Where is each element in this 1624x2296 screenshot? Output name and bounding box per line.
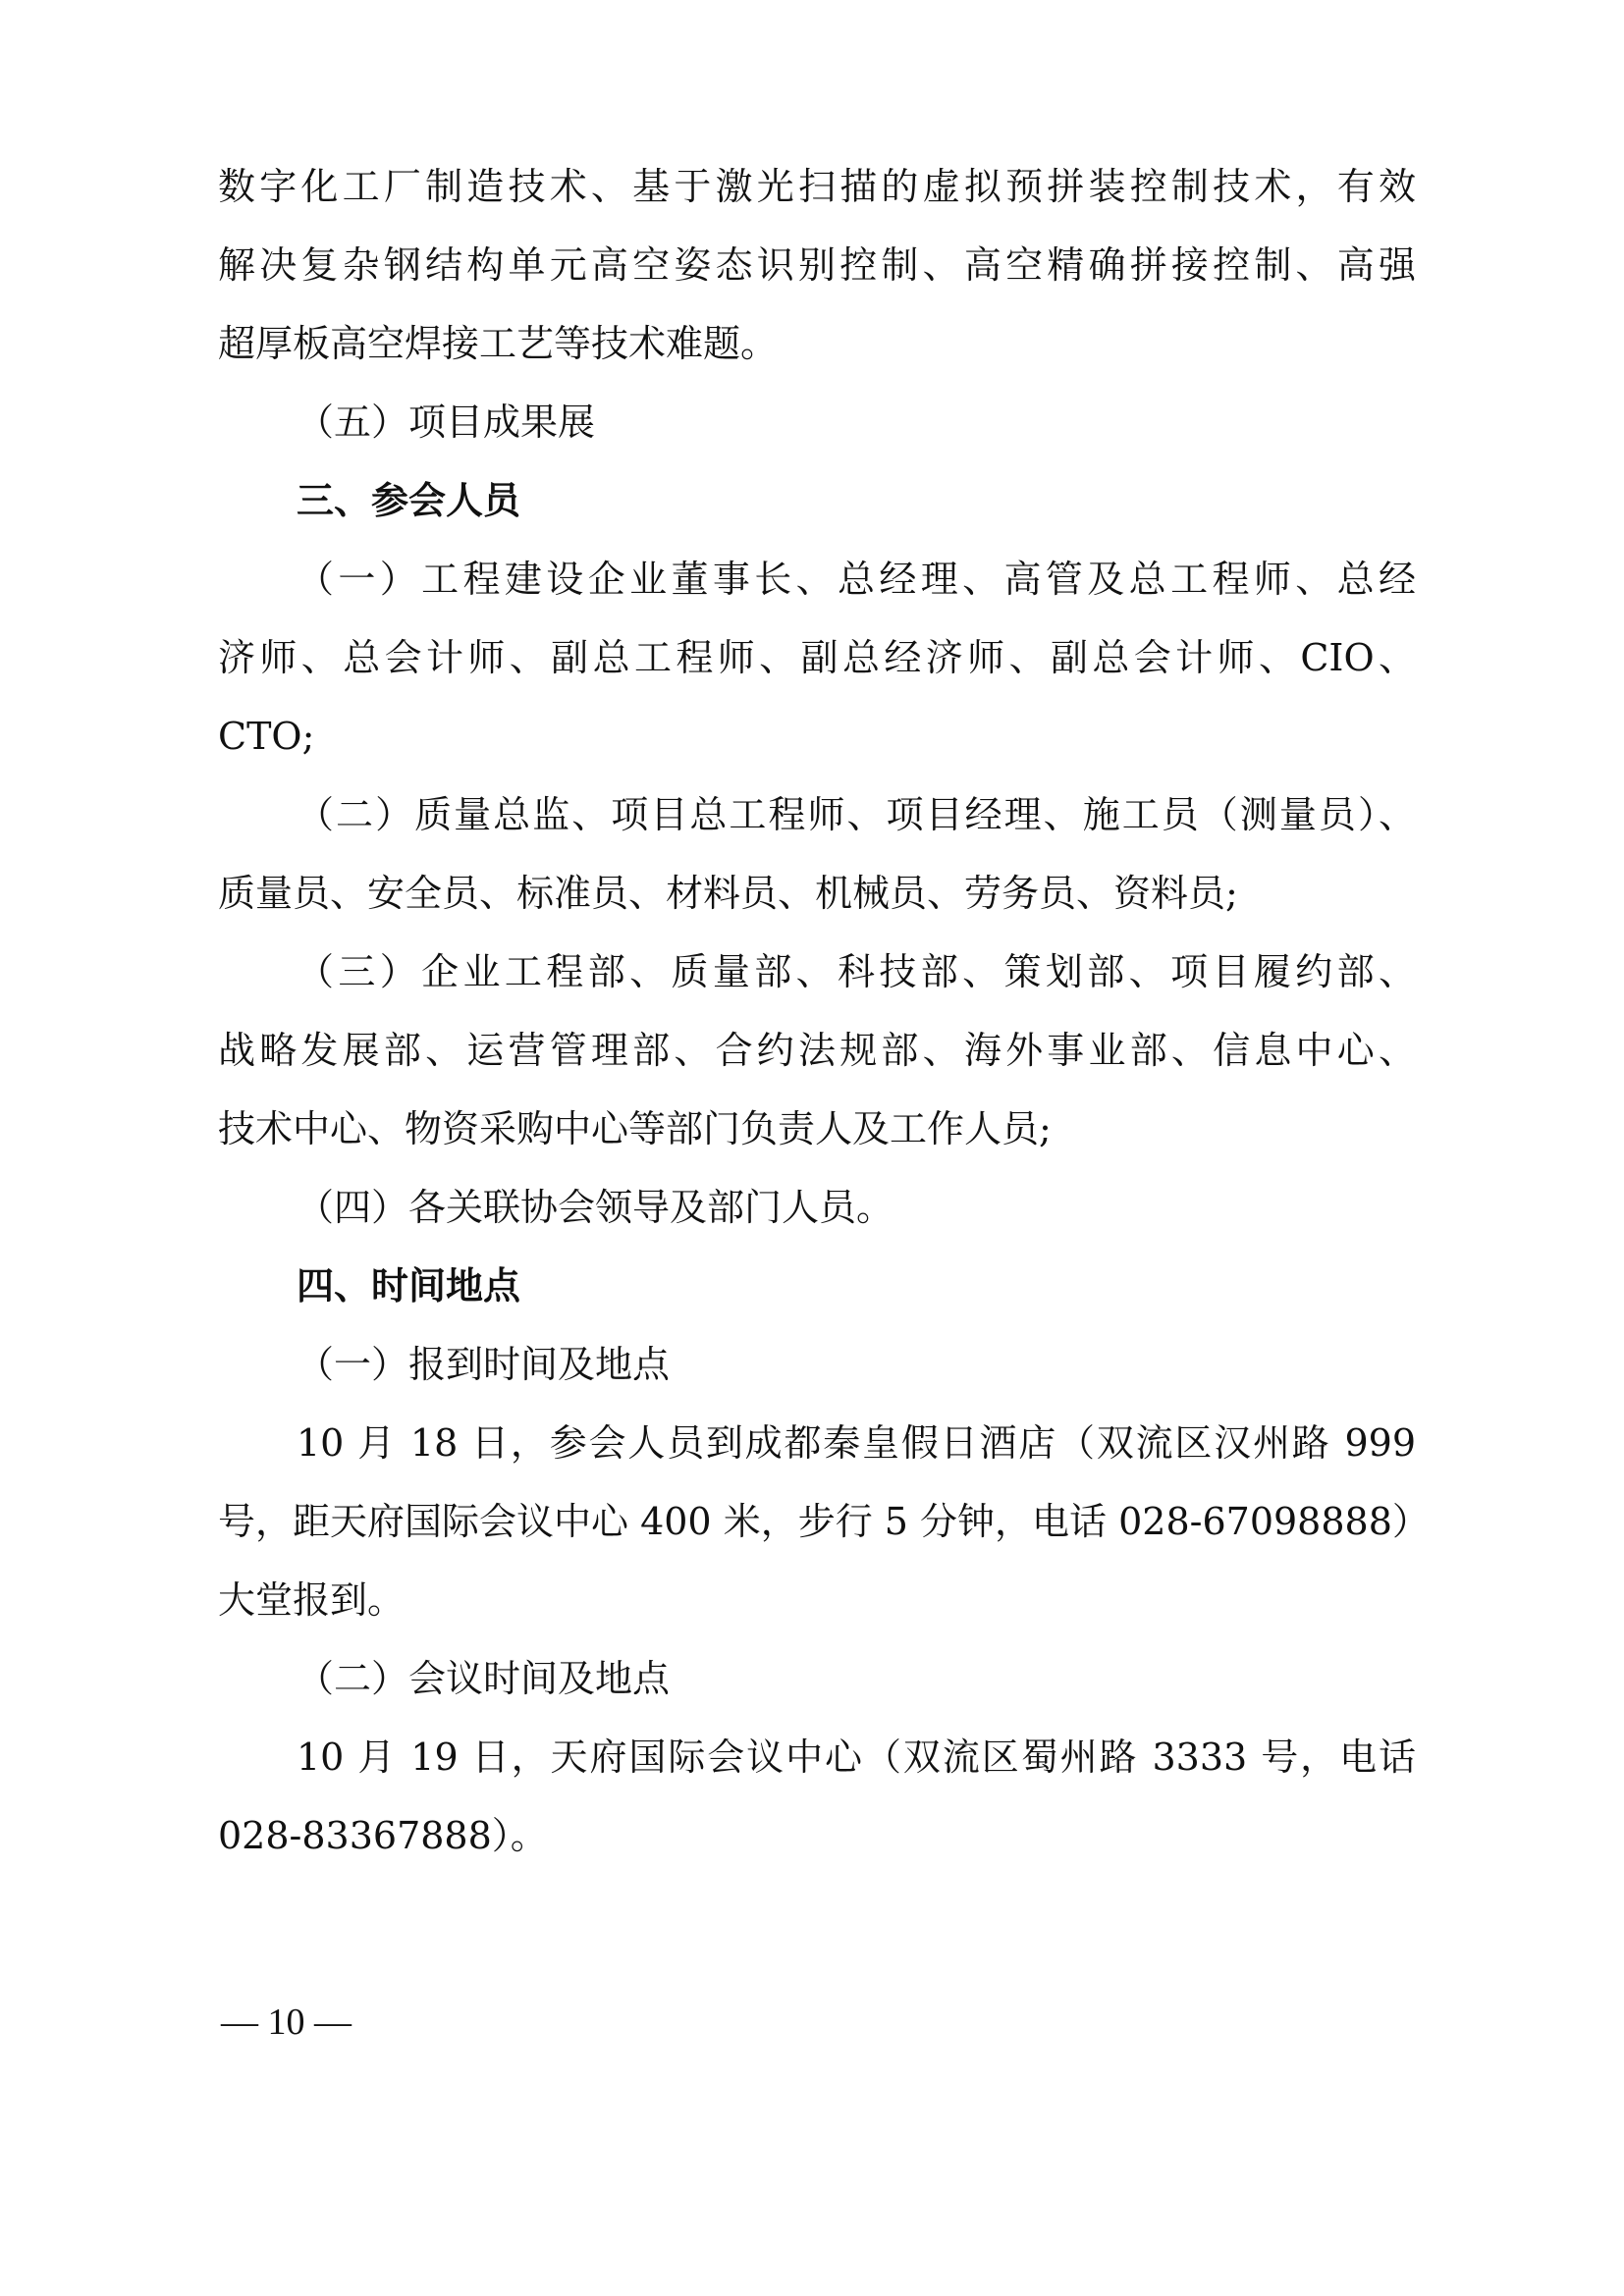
body-text-line: 战略发展部、运营管理部、合约法规部、海外事业部、信息中心、 bbox=[218, 1027, 1416, 1074]
body-text-line: 技术中心、物资采购中心等部门负责人及工作人员; bbox=[218, 1105, 1416, 1152]
section-heading: 三、参会人员 bbox=[297, 477, 1416, 524]
body-text-line: 质量员、安全员、标准员、材料员、机械员、劳务员、资料员; bbox=[218, 870, 1416, 917]
body-text-line: 超厚板高空焊接工艺等技术难题。 bbox=[218, 320, 1416, 367]
body-text-line: 10 月 18 日，参会人员到成都秦皇假日酒店（双流区汉州路 999 bbox=[297, 1419, 1416, 1467]
body-text-line: （二）质量总监、项目总工程师、项目经理、施工员（测量员）、 bbox=[297, 791, 1416, 838]
body-text-line: （一）工程建设企业董事长、总经理、高管及总工程师、总经 bbox=[297, 556, 1416, 603]
page-number: — 10 — bbox=[221, 1999, 352, 2046]
body-text-line: 大堂报到。 bbox=[218, 1576, 1416, 1624]
document-page: 数字化工厂制造技术、基于激光扫描的虚拟预拼装控制技术，有效 解决复杂钢结构单元高… bbox=[0, 0, 1624, 2296]
subsection-heading: （一）报到时间及地点 bbox=[297, 1341, 1416, 1388]
section-heading: 四、时间地点 bbox=[297, 1262, 1416, 1309]
body-text-line: 数字化工厂制造技术、基于激光扫描的虚拟预拼装控制技术，有效 bbox=[218, 163, 1416, 210]
body-text-line: （四）各关联协会领导及部门人员。 bbox=[297, 1184, 1416, 1231]
body-text-line: 解决复杂钢结构单元高空姿态识别控制、高空精确拼接控制、高强 bbox=[218, 241, 1416, 289]
subsection-heading: （五）项目成果展 bbox=[297, 399, 1416, 446]
body-text-line: 10 月 19 日，天府国际会议中心（双流区蜀州路 3333 号，电话 bbox=[297, 1734, 1416, 1781]
body-text-line: CTO; bbox=[218, 713, 1416, 760]
body-text-line: 济师、总会计师、副总工程师、副总经济师、副总会计师、CIO、 bbox=[218, 634, 1416, 681]
body-text-line: （三）企业工程部、质量部、科技部、策划部、项目履约部、 bbox=[297, 948, 1416, 995]
body-text-line: 号，距天府国际会议中心 400 米，步行 5 分钟，电话 028-6709888… bbox=[218, 1498, 1416, 1545]
body-text-line: 028-83367888）。 bbox=[218, 1812, 1416, 1859]
subsection-heading: （二）会议时间及地点 bbox=[297, 1655, 1416, 1702]
